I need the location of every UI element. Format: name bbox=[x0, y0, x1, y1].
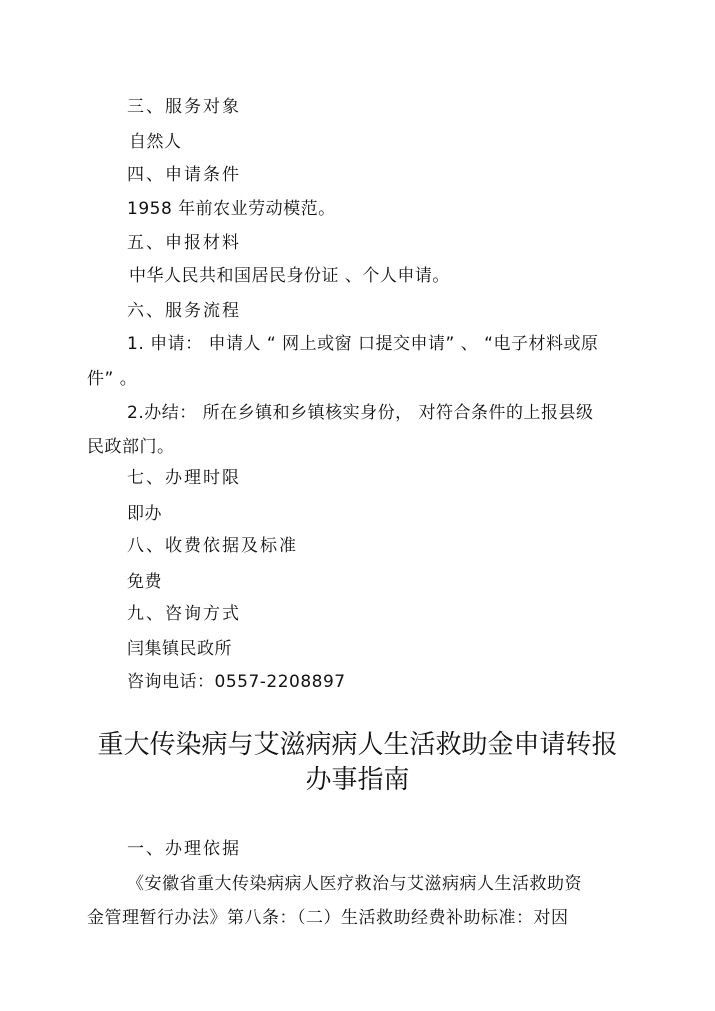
section-heading-materials: 五、申报材料 bbox=[127, 232, 241, 254]
section-heading-fees: 八、收费依据及标准 bbox=[127, 535, 298, 557]
section-heading-conditions: 四、申请条件 bbox=[127, 164, 241, 186]
conditions-text: 1958 年前农业劳动模范。 bbox=[127, 198, 336, 220]
fees-text: 免费 bbox=[127, 571, 162, 593]
section-heading-basis: 一、办理依据 bbox=[127, 838, 241, 860]
basis-line1: 《安徽省重大传染病病人医疗救治与艾滋病病人生活救助资 bbox=[127, 873, 582, 895]
service-target-text: 自然人 bbox=[129, 131, 182, 153]
guide-title-line1: 重大传染病与艾滋病病人生活救助金申请转报 bbox=[0, 728, 715, 762]
process-step1-line1: 1. 申请： 申请人 “ 网上或窗 口提交申请” 、 “电子材料或原 bbox=[127, 333, 598, 355]
consult-office: 闫集镇民政所 bbox=[127, 638, 232, 660]
section-heading-time-limit: 七、办理时限 bbox=[127, 467, 241, 489]
process-step1-line2: 件” 。 bbox=[87, 368, 137, 390]
consult-phone: 咨询电话：0557-2208897 bbox=[127, 671, 346, 693]
materials-text: 中华人民共和国居民身份证 、个人申请。 bbox=[129, 265, 450, 287]
section-heading-process: 六、服务流程 bbox=[127, 300, 241, 322]
section-heading-service-target: 三、服务对象 bbox=[127, 96, 241, 118]
guide-title-line2: 办事指南 bbox=[0, 763, 715, 797]
section-heading-consult: 九、咨询方式 bbox=[127, 603, 241, 625]
basis-line2: 金管理暂行办法》第八条：（二）生活救助经费补助标准：对因 bbox=[87, 907, 569, 929]
process-step2-line2: 民政部门。 bbox=[87, 436, 175, 458]
time-limit-text: 即办 bbox=[127, 503, 162, 525]
process-step2-line1: 2.办结： 所在乡镇和乡镇核实身份， 对符合条件的上报县级 bbox=[127, 402, 594, 424]
